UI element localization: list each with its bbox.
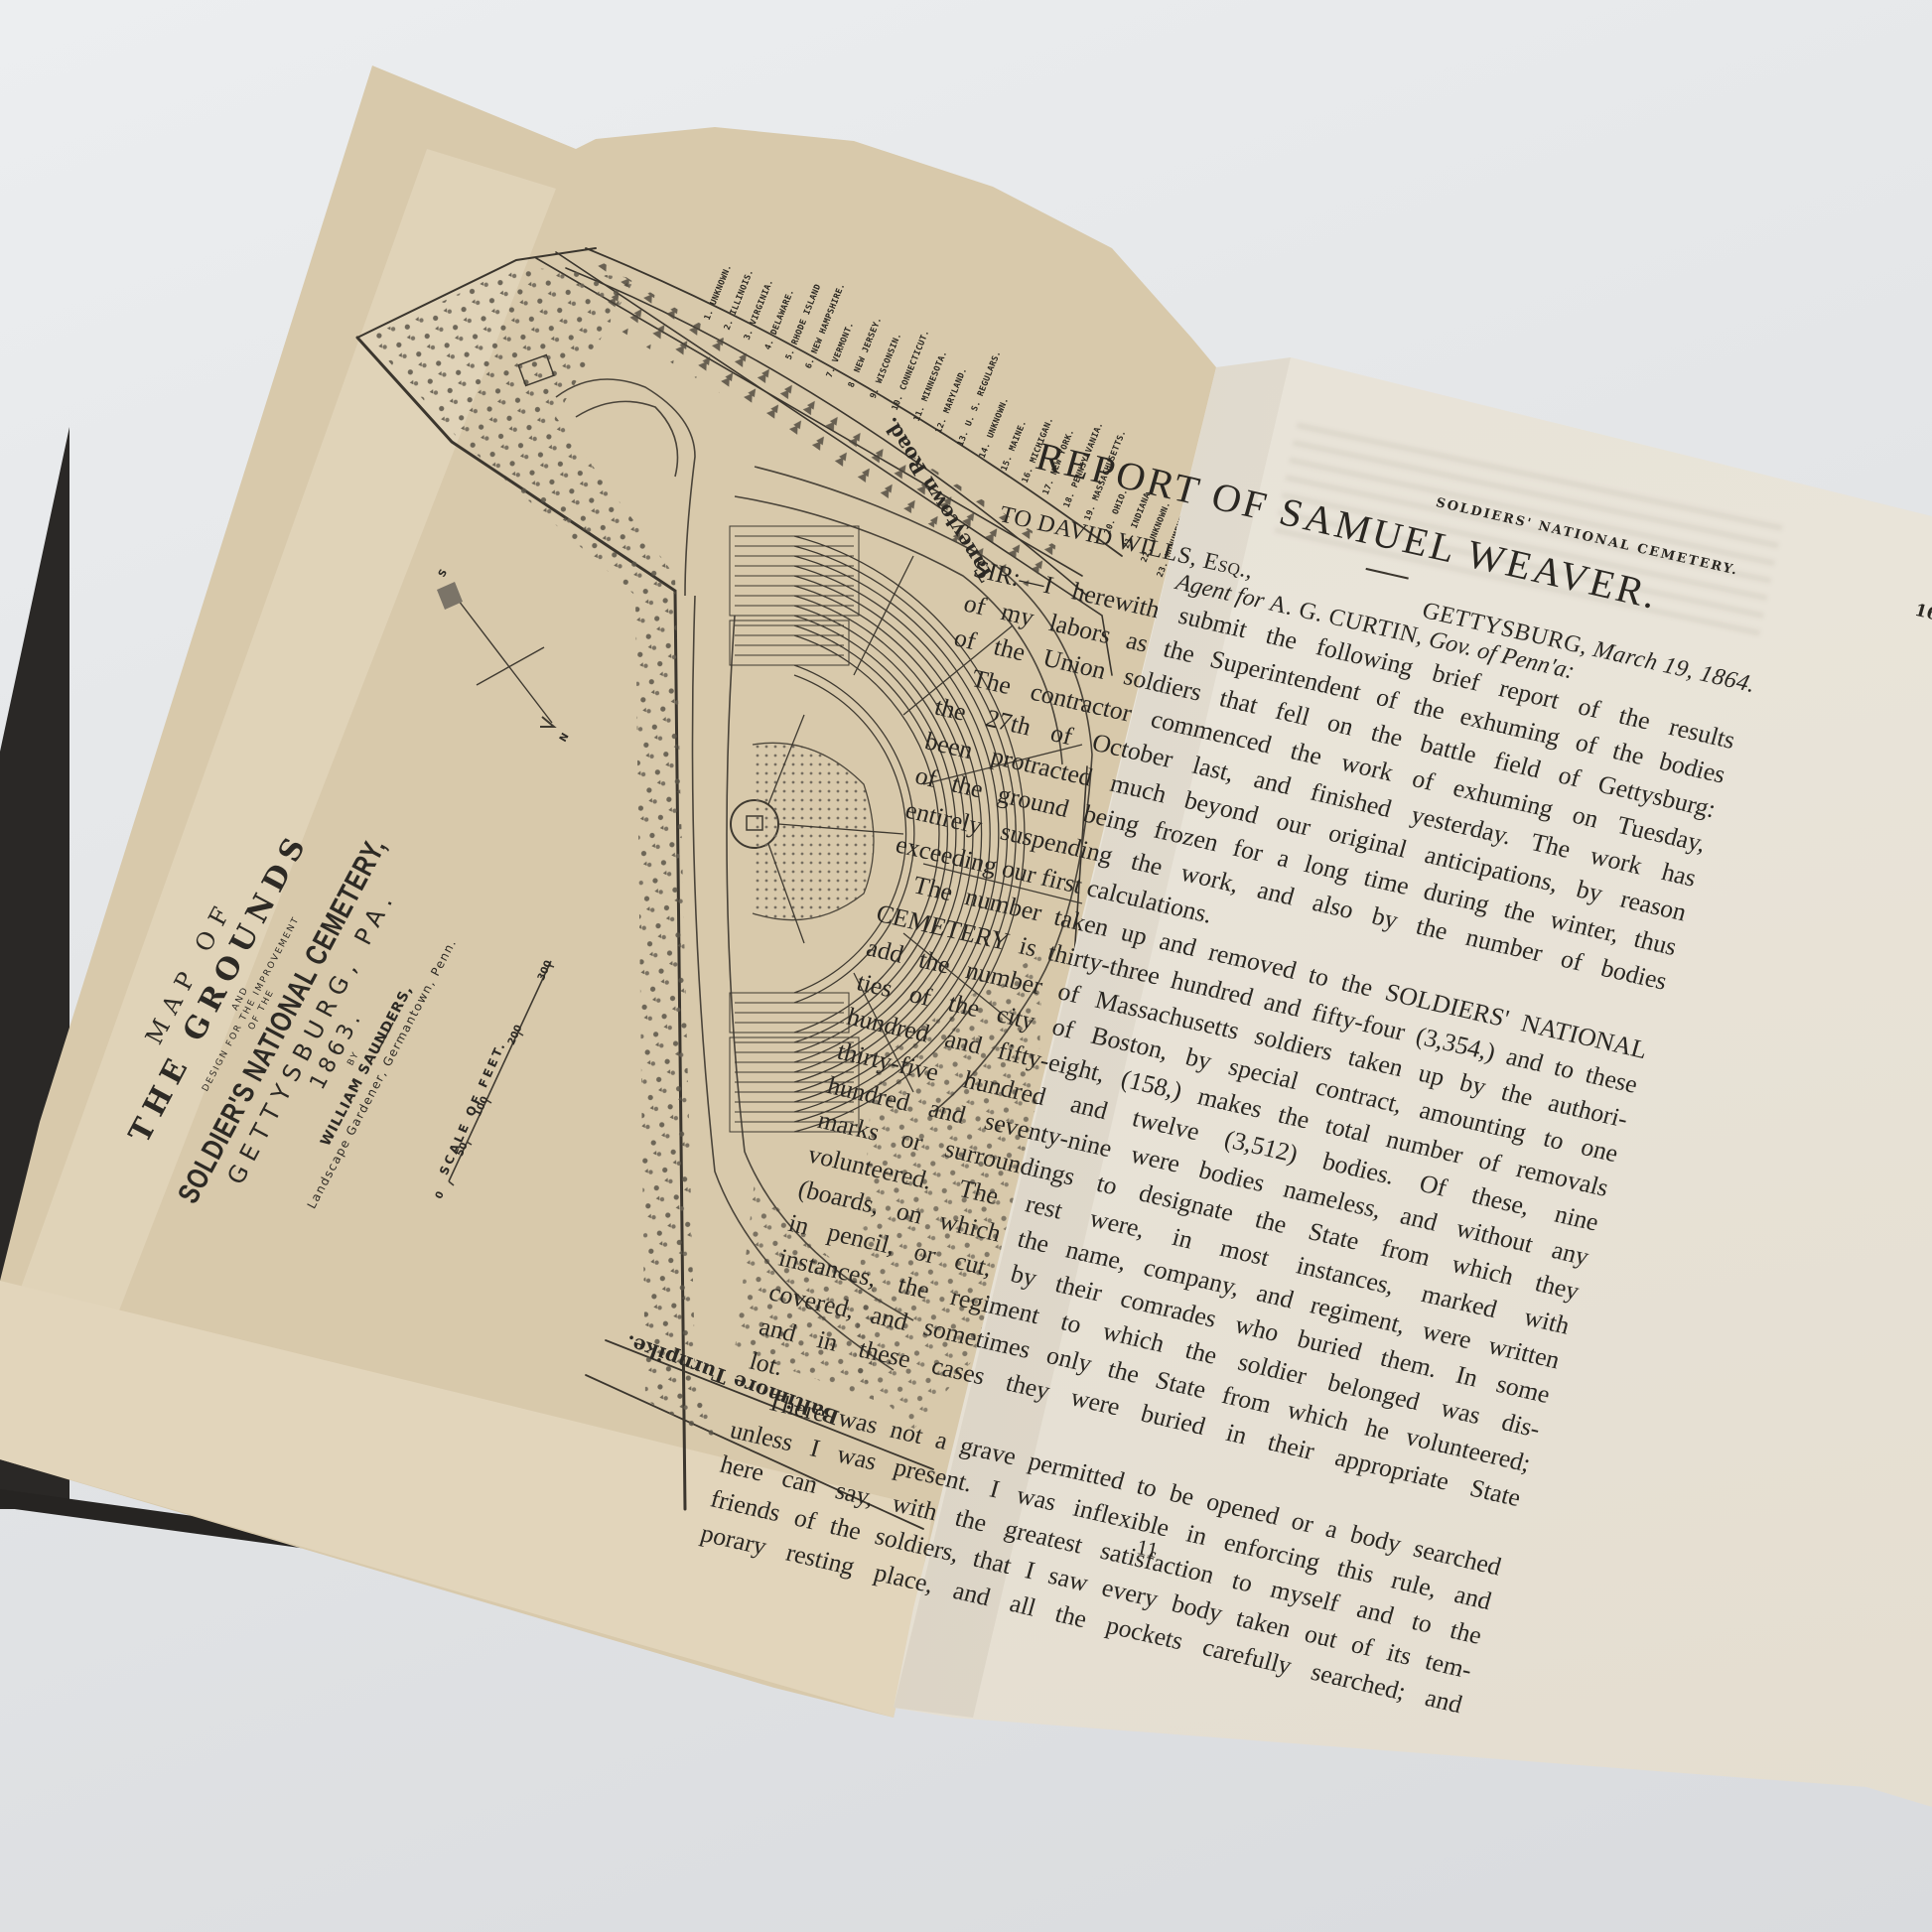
title-rule (1365, 568, 1408, 580)
book-photo-scene: MAP OF THE GROUNDS AND DESIGN FOR THE IM… (0, 0, 1932, 1932)
north-arrow (437, 582, 554, 727)
